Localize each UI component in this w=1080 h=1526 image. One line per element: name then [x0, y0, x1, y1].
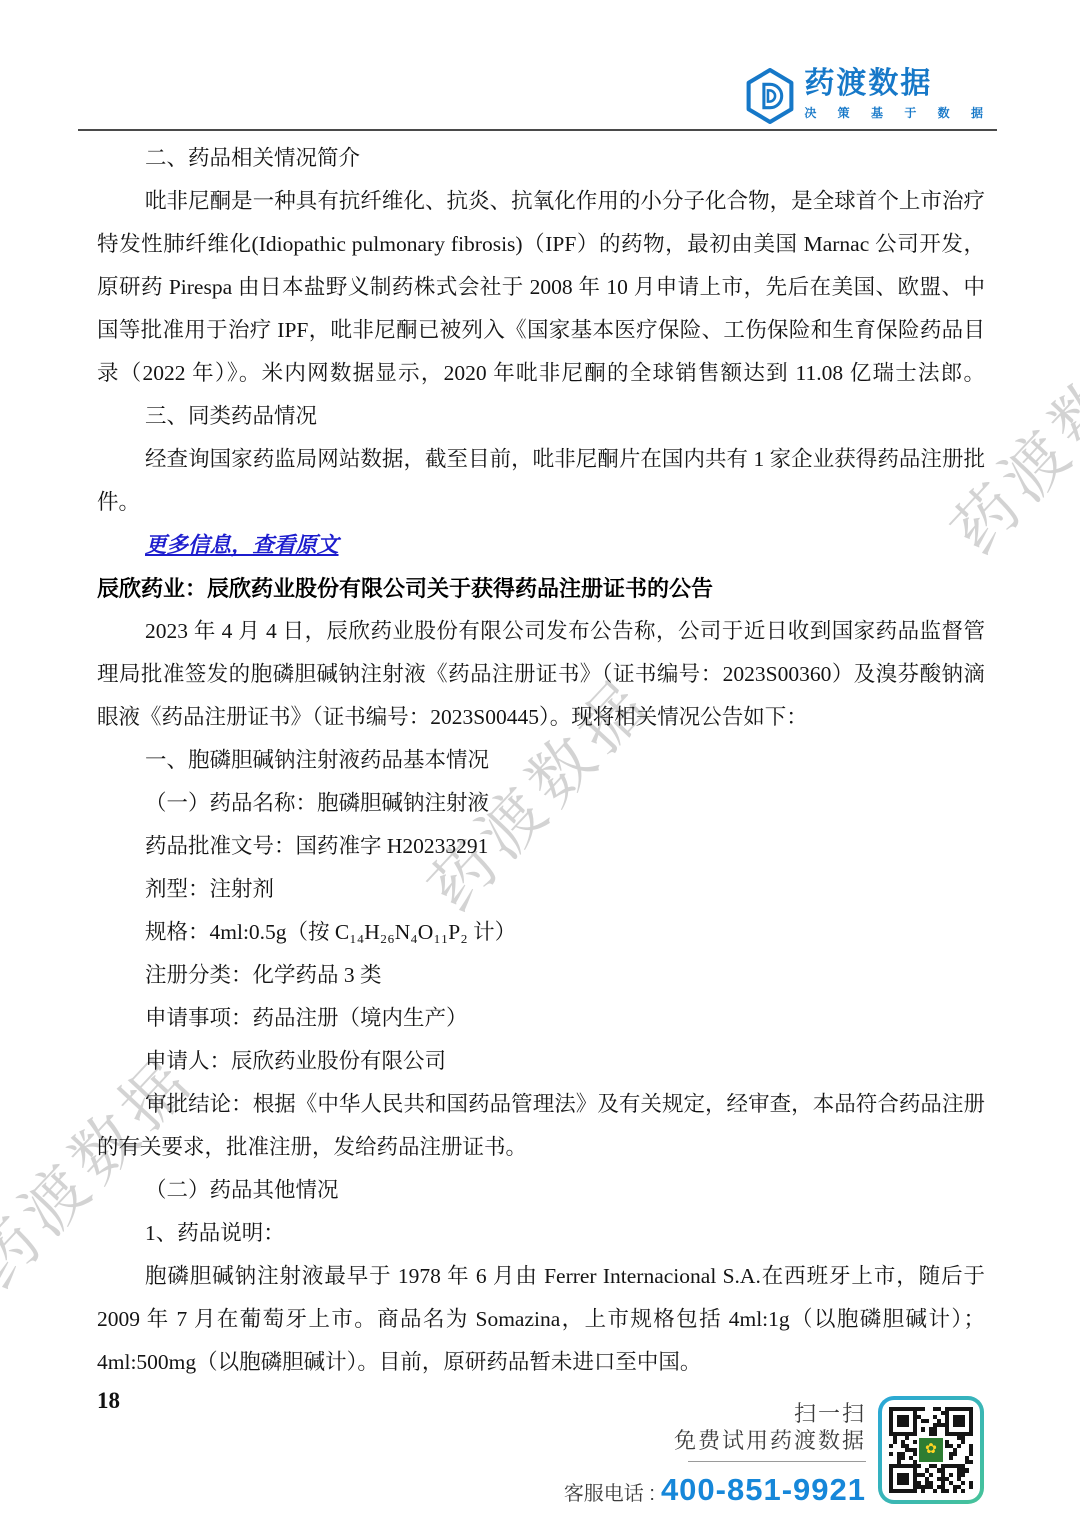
text-line: 特发性肺纤维化(Idiopathic pulmonary fibrosis)（I…	[97, 223, 985, 266]
text-line: 三、同类药品情况	[97, 395, 985, 438]
text-line: 原研药 Pirespa 由日本盐野义制药株式会社于 2008 年 10 月申请上…	[97, 266, 985, 309]
text-line: 眼液《药品注册证书》（证书编号：2023S00445）。现将相关情况公告如下：	[97, 696, 985, 739]
text-line: 规格：4ml:0.5g（按 C₁₄H₂₆N₄O₁₁P₂ 计）	[97, 911, 985, 954]
page-number: 18	[97, 1388, 120, 1414]
text-line: 申请事项：药品注册（境内生产）	[97, 997, 985, 1040]
text-line: 录（2022 年）》。米内网数据显示，2020 年吡非尼酮的全球销售额达到 11…	[97, 352, 985, 395]
text-line: 经查询国家药监局网站数据，截至目前，吡非尼酮片在国内共有 1 家企业获得药品注册…	[97, 438, 985, 481]
text-line: 2009 年 7 月在葡萄牙上市。商品名为 Somazina，上市规格包括 4m…	[97, 1298, 985, 1341]
text-line: 1、药品说明：	[97, 1212, 985, 1255]
scan-hint-line1: 扫一扫	[794, 1400, 866, 1427]
text-line: 注册分类：化学药品 3 类	[97, 954, 985, 997]
document-body: 二、药品相关情况简介吡非尼酮是一种具有抗纤维化、抗炎、抗氧化作用的小分子化合物，…	[97, 137, 985, 1384]
text-line: 吡非尼酮是一种具有抗纤维化、抗炎、抗氧化作用的小分子化合物，是全球首个上市治疗	[97, 180, 985, 223]
text-line: （二）药品其他情况	[97, 1169, 985, 1212]
text-line: 理局批准签发的胞磷胆碱钠注射液《药品注册证书》（证书编号：2023S00360）…	[97, 653, 985, 696]
text-line: 一、胞磷胆碱钠注射液药品基本情况	[97, 739, 985, 782]
text-line: 国等批准用于治疗 IPF，吡非尼酮已被列入《国家基本医疗保险、工伤保险和生育保险…	[97, 309, 985, 352]
text-line: 胞磷胆碱钠注射液最早于 1978 年 6 月由 Ferrer Internaci…	[97, 1255, 985, 1298]
phone-number: 400-851-9921	[661, 1472, 866, 1508]
scan-hint-line2: 免费试用药渡数据	[674, 1427, 866, 1454]
qr-center-flower-icon: ✿	[917, 1436, 945, 1464]
text-line: 二、药品相关情况简介	[97, 137, 985, 180]
yaodu-logo: 药渡数据 决 策 基 于 数 据	[744, 68, 992, 124]
logo-name: 药渡数据	[804, 68, 932, 100]
document-page: { "header": { "logo_name": "药渡数据", "logo…	[0, 0, 1080, 1526]
text-line: 2023 年 4 月 4 日，辰欣药业股份有限公司发布公告称，公司于近日收到国家…	[97, 610, 985, 653]
footer-divider	[688, 1461, 866, 1462]
announcement-heading: 辰欣药业：辰欣药业股份有限公司关于获得药品注册证书的公告	[97, 567, 985, 610]
text-line: （一）药品名称：胞磷胆碱钠注射液	[97, 782, 985, 825]
header-divider	[78, 129, 997, 131]
footer-promo: 扫一扫 免费试用药渡数据 客服电话 : 400-851-9921	[564, 1400, 866, 1508]
text-line: 剂型：注射剂	[97, 868, 985, 911]
text-line: 药品批准文号：国药准字 H20233291	[97, 825, 985, 868]
text-line: 件。	[97, 481, 985, 524]
text-line: 4ml:500mg（以胞磷胆碱计）。目前，原研药品暂未进口至中国。	[97, 1341, 985, 1384]
logo-tagline: 决 策 基 于 数 据	[804, 104, 992, 121]
text-line: 的有关要求，批准注册，发给药品注册证书。	[97, 1126, 985, 1169]
text-line: 申请人：辰欣药业股份有限公司	[97, 1040, 985, 1083]
yaodu-logo-icon	[744, 68, 796, 124]
phone-label: 客服电话 :	[564, 1477, 655, 1506]
qr-code: ✿	[878, 1396, 984, 1504]
more-info-link[interactable]: 更多信息，查看原文	[97, 524, 985, 567]
text-line: 审批结论：根据《中华人民共和国药品管理法》及有关规定，经审查，本品符合药品注册	[97, 1083, 985, 1126]
